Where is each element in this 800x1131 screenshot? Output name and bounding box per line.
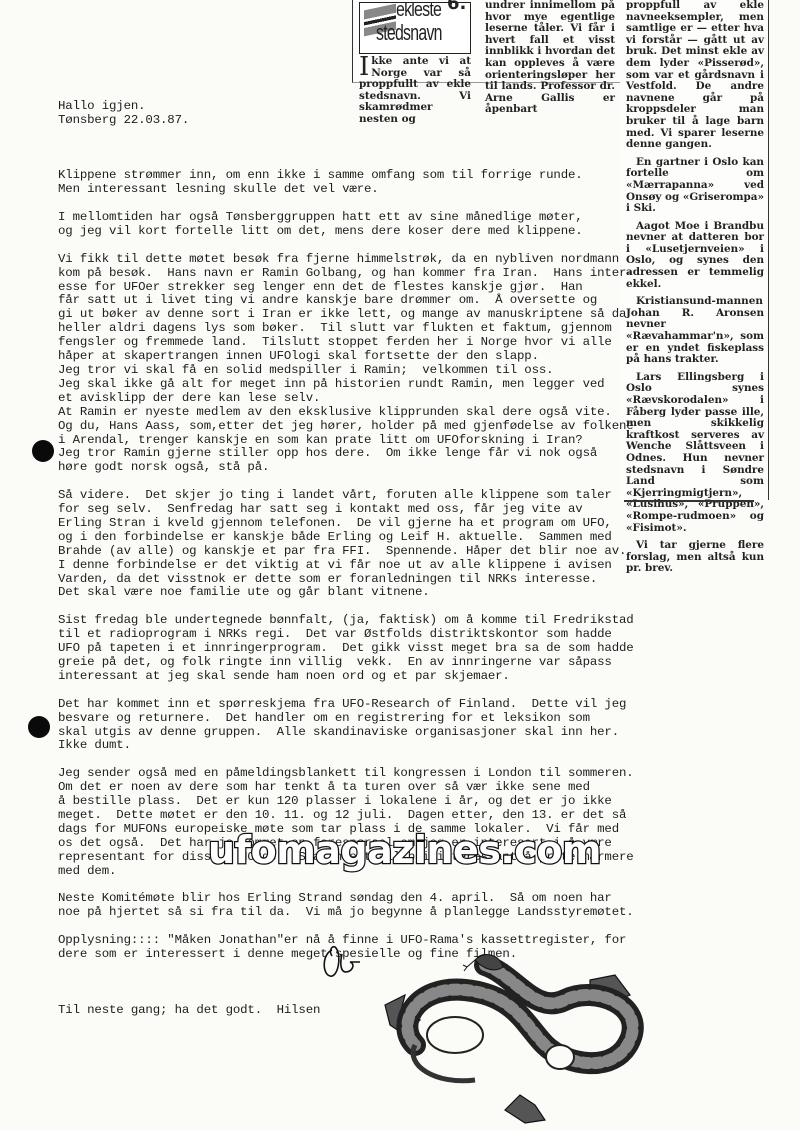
logo-line-2: stedsnavn bbox=[376, 27, 442, 39]
clipping-paragraph: Aagot Moe i Brandbu nevner at datteren b… bbox=[626, 221, 764, 291]
letter-line: Varden, da det visstnok er dette som er … bbox=[58, 573, 638, 587]
letter-line: kom på besøk. Hans navn er Ramin Golbang… bbox=[58, 267, 638, 281]
letter-line: å bestille plass. Det er kun 120 plasser… bbox=[58, 795, 638, 809]
letter-line: meget. Dette møtet er den 10. 11. og 12 … bbox=[58, 809, 638, 823]
newspaper-clipping-column: proppfull av ekle navneeksempler, men sa… bbox=[620, 0, 769, 500]
letter-paragraph: Det har kommet inn et spørreskjema fra U… bbox=[58, 698, 638, 754]
letter-line: Klippene strømmer inn, om enn ikke i sam… bbox=[58, 169, 638, 183]
letter-line: I denne forbindelse er det viktig at vi … bbox=[58, 559, 638, 573]
clipping-paragraph: Lars Ellingsberg i Oslo synes «Rævskorod… bbox=[626, 372, 764, 534]
letter-line: greie på det, og folk ringte inn villig … bbox=[58, 656, 638, 670]
letter-paragraph: Klippene strømmer inn, om enn ikke i sam… bbox=[58, 169, 638, 197]
letter-line: til et radioprogram i NRKs regi. Det var… bbox=[58, 628, 638, 642]
handwritten-signature bbox=[320, 942, 380, 982]
snake-illustration bbox=[375, 945, 685, 1125]
letter-paragraph: Sist fredag ble undertegnede bønnfalt, (… bbox=[58, 614, 638, 684]
letter-line: for seg selv. Senfredag har satt seg i k… bbox=[58, 503, 638, 517]
letter-paragraph: I mellomtiden har også Tønsberggruppen h… bbox=[58, 211, 638, 239]
letter-line: besvare og returnere. Det handler om en … bbox=[58, 712, 638, 726]
letter-line: og i den forbindelse er kanskje både Erl… bbox=[58, 531, 638, 545]
letter-line: interessant at jeg skal sende ham noen o… bbox=[58, 670, 638, 684]
letter-line: og jeg vil kort fortelle litt om det, me… bbox=[58, 225, 638, 239]
letter-line: høre godt norsk også, stå på. bbox=[58, 461, 638, 475]
clipping-paragraph: proppfull av ekle navneeksempler, men sa… bbox=[626, 0, 764, 151]
letter-line: Om det er noen av dere som har tenkt å t… bbox=[58, 781, 638, 795]
letter-line: Men interessant lesning skulle det vel v… bbox=[58, 183, 638, 197]
clipping-paragraph: En gartner i Oslo kan fortelle om «Mærra… bbox=[626, 157, 764, 215]
letter-line: Brahde (av alle) og kanskje et par fra F… bbox=[58, 545, 638, 559]
letter-paragraph: Vi fikk til dette møtet besøk fra fjerne… bbox=[58, 253, 638, 476]
letter-line: i Arendal, trenger kanskje en som kan pr… bbox=[58, 434, 638, 448]
letter-line: Jeg tror vi skal få en solid medspiller … bbox=[58, 364, 638, 378]
letter-paragraph: Neste Komitémøte blir hos Erling Strand … bbox=[58, 892, 638, 920]
letter-line: noe på hjertet så si fra til da. Vi må j… bbox=[58, 906, 638, 920]
letter-line: Ikke dumt. bbox=[58, 739, 638, 753]
letter-line: Jeg skal ikke gå alt for meget inn på hi… bbox=[58, 378, 638, 392]
letter-line: At Ramin er nyeste medlem av den eksklus… bbox=[58, 406, 638, 420]
letter-line: får satt ut i livet ting vi andre kanskj… bbox=[58, 294, 638, 308]
page-mark: 6. bbox=[447, 0, 466, 10]
letter-line: fengsler og fremmede land. Tilslutt stop… bbox=[58, 336, 638, 350]
letter-line: Erling Stran i kveld gjennom telefonen. … bbox=[58, 517, 638, 531]
letter-line: Så videre. Det skjer jo ting i landet vå… bbox=[58, 489, 638, 503]
watermark: ufomagazines.com bbox=[208, 828, 601, 872]
letter-line: Neste Komitémøte blir hos Erling Strand … bbox=[58, 892, 638, 906]
letter-line: Jeg sender også med en påmeldingsblanket… bbox=[58, 767, 638, 781]
letter-line: gi ut bøker av denne sort i Iran er ikke… bbox=[58, 308, 638, 322]
newspaper-clipping-header: ekleste stedsnavn 6. Ikke ante vi at Nor… bbox=[352, 0, 621, 83]
letter-line: Vi fikk til dette møtet besøk fra fjerne… bbox=[58, 253, 638, 267]
letter-paragraph: Så videre. Det skjer jo ting i landet vå… bbox=[58, 489, 638, 600]
typed-letter: Hallo igjen.Tønsberg 22.03.87. Klippene … bbox=[58, 72, 638, 1045]
greeting: Hallo igjen. bbox=[58, 100, 638, 114]
punch-hole-bottom bbox=[28, 716, 50, 738]
letter-line: Og du, Hans Aass, som,etter det jeg høre… bbox=[58, 420, 638, 434]
letter-line: Jeg tror Ramin gjerne stiller opp hos de… bbox=[58, 447, 638, 461]
letter-line: UFO på tapeten i et innringerprogram. De… bbox=[58, 642, 638, 656]
letter-line: et avisklipp der dere kan lese selv. bbox=[58, 392, 638, 406]
letter-line: skal utgis av denne gruppen. Alle skandi… bbox=[58, 726, 638, 740]
letter-line: Det skal være noe familie ute og går bla… bbox=[58, 586, 638, 600]
letter-line: Det har kommet inn et spørreskjema fra U… bbox=[58, 698, 638, 712]
letter-line: håper at skapertrangen innen UFOlogi ska… bbox=[58, 350, 638, 364]
letter-line: Sist fredag ble undertegnede bønnfalt, (… bbox=[58, 614, 638, 628]
letter-line: I mellomtiden har også Tønsberggruppen h… bbox=[58, 211, 638, 225]
clipping-end-rule bbox=[624, 500, 754, 502]
punch-hole-top bbox=[32, 440, 54, 462]
logo-line-1: ekleste bbox=[396, 5, 441, 17]
letter-line: heller aldri dagens lys som bøker. Til s… bbox=[58, 322, 638, 336]
clipping-paragraph: Kristiansund-mannen Johan R. Aronsen nev… bbox=[626, 296, 764, 366]
place-date: Tønsberg 22.03.87. bbox=[58, 114, 638, 128]
letter-line: esse for UFOer strekker seg lenger enn d… bbox=[58, 281, 638, 295]
clipping-paragraph: Vi tar gjerne flere forslag, men altså k… bbox=[626, 540, 764, 575]
